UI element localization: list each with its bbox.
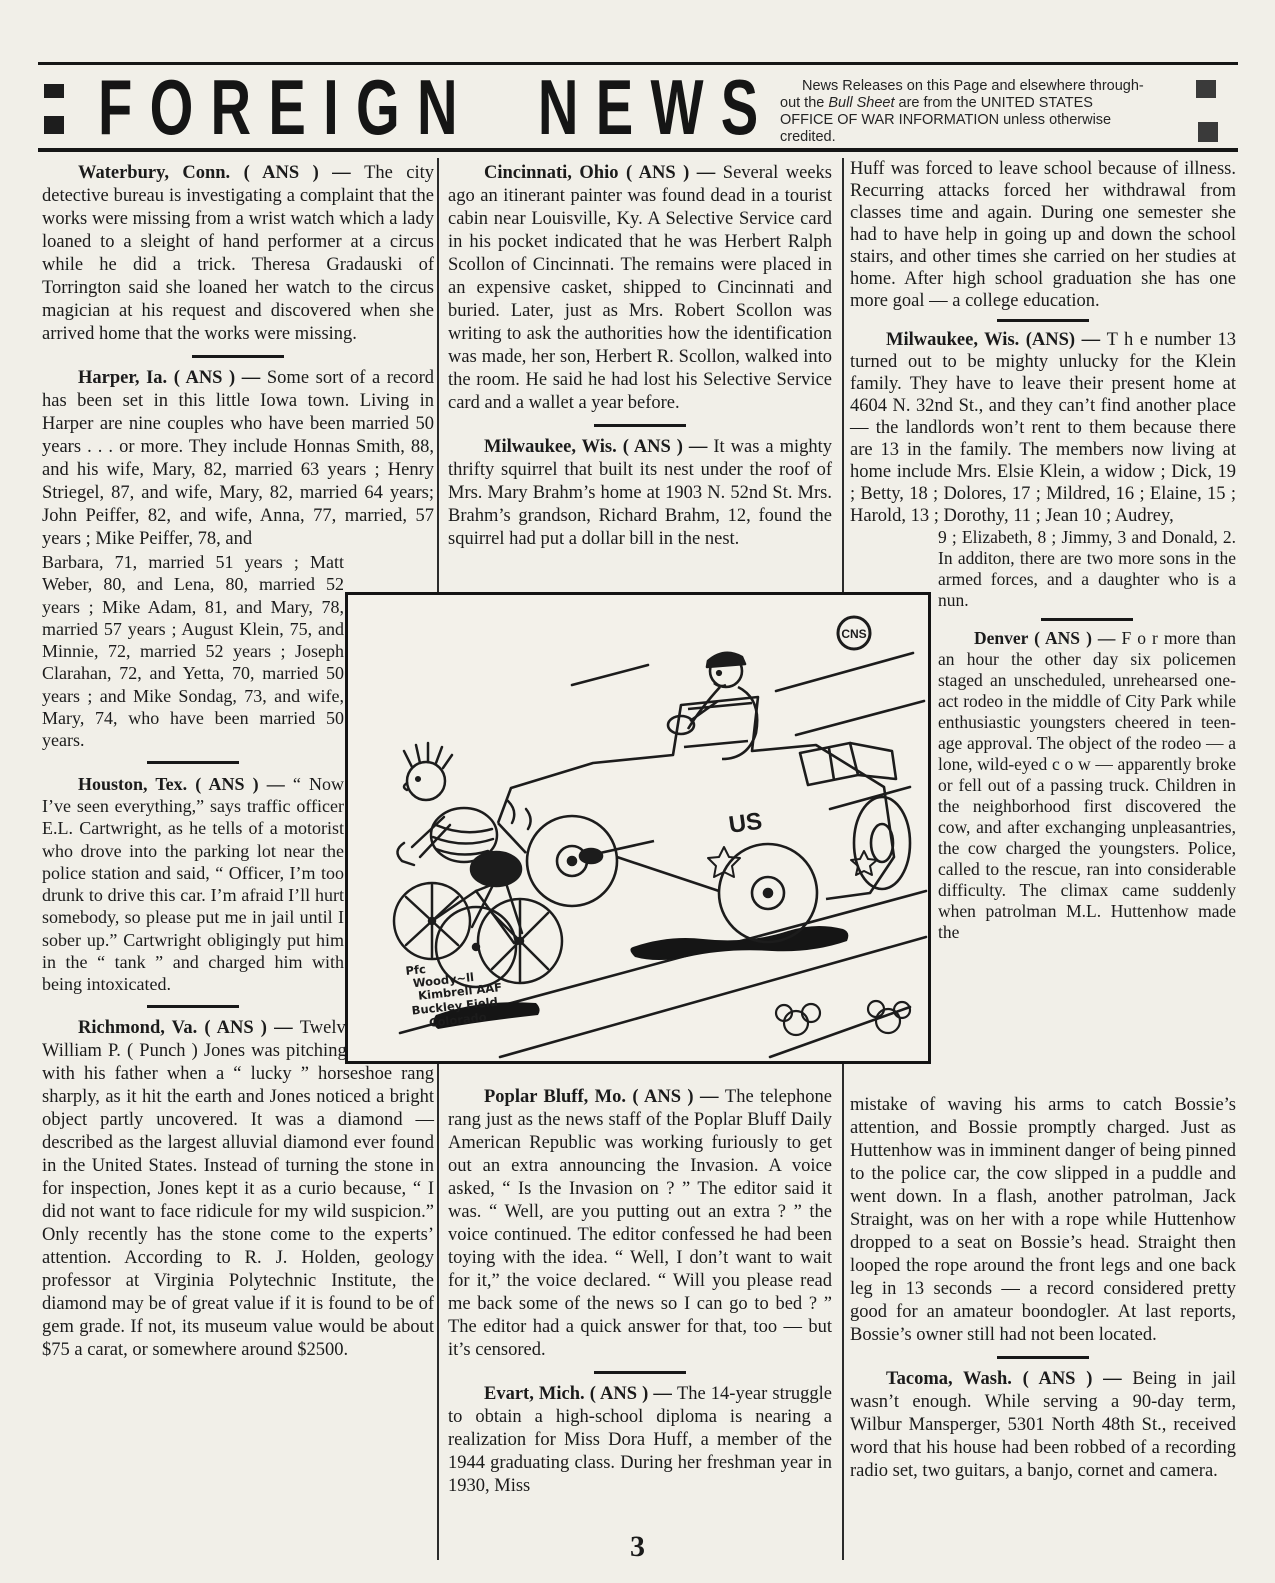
story-evart-continuation: Huff was forced to leave school because … bbox=[850, 158, 1236, 312]
story-heading: Milwaukee, Wis. (ANS) — bbox=[886, 330, 1107, 350]
registration-mark bbox=[44, 84, 64, 98]
story-heading: Denver ( ANS ) — bbox=[974, 628, 1121, 648]
story-body: The city detective bureau is investigati… bbox=[42, 163, 434, 344]
cartoon-jeep bbox=[498, 653, 910, 942]
registration-mark bbox=[44, 116, 64, 134]
column-1-narrow-section: Barbara, 71, married 51 years ; Matt Web… bbox=[42, 551, 344, 1008]
story-cincinnati: Cincinnati, Ohio ( ANS ) — Several weeks… bbox=[448, 162, 832, 415]
page-title: FOREIGN NEWS bbox=[98, 68, 776, 146]
story-milwaukee-klein: Milwaukee, Wis. (ANS) — T h e number 13 … bbox=[850, 329, 1236, 527]
story-body: T h e number 13 turned out to be mighty … bbox=[850, 330, 1236, 526]
story-heading: Tacoma, Wash. ( ANS ) — bbox=[886, 1369, 1132, 1389]
story-divider bbox=[594, 1371, 686, 1374]
column-3-narrow-section: 9 ; Elizabeth, 8 ; Jimmy, 3 and Donald, … bbox=[938, 527, 1236, 943]
registration-mark bbox=[1196, 80, 1216, 98]
column-2: Cincinnati, Ohio ( ANS ) — Several weeks… bbox=[448, 162, 832, 551]
masthead-credit-note: News Releases on this Page and elsewhere… bbox=[780, 78, 1148, 146]
story-heading: Houston, Tex. ( ANS ) — bbox=[78, 774, 293, 794]
story-divider bbox=[147, 761, 239, 764]
story-tacoma: Tacoma, Wash. ( ANS ) — Being in jail wa… bbox=[850, 1368, 1236, 1483]
skid-marks bbox=[630, 926, 848, 960]
story-heading: Evart, Mich. ( ANS ) — bbox=[484, 1384, 677, 1404]
page-number: 3 bbox=[630, 1530, 645, 1564]
svg-text:CNS: CNS bbox=[841, 627, 866, 641]
star-icon bbox=[708, 847, 740, 877]
story-houston: Houston, Tex. ( ANS ) — “ Now I’ve seen … bbox=[42, 773, 344, 996]
story-richmond: Richmond, Va. ( ANS ) — Twelve years ago… bbox=[42, 1017, 434, 1362]
story-body: “ Now I’ve seen everything,” says traffi… bbox=[42, 774, 344, 995]
story-body: Barbara, 71, married 51 years ; Matt Web… bbox=[42, 552, 344, 750]
story-body: mistake of waving his arms to catch Boss… bbox=[850, 1095, 1236, 1345]
story-heading: Richmond, Va. ( ANS ) — bbox=[78, 1018, 300, 1038]
newspaper-page: { "page": { "number": "3" }, "header": {… bbox=[0, 0, 1275, 1583]
story-body: Several weeks ago an itinerant painter w… bbox=[448, 163, 832, 413]
credit-note-publication: Bull Sheet bbox=[828, 95, 894, 111]
story-divider bbox=[1041, 618, 1133, 621]
story-denver: Denver ( ANS ) — F o r more than an hour… bbox=[938, 628, 1236, 943]
story-divider bbox=[997, 319, 1089, 322]
story-body: The telephone rang just as the news staf… bbox=[448, 1087, 832, 1360]
story-harper-continued: Barbara, 71, married 51 years ; Matt Web… bbox=[42, 551, 344, 752]
story-body: Huff was forced to leave school because … bbox=[850, 159, 1236, 311]
column-2-lower: Poplar Bluff, Mo. ( ANS ) — The telephon… bbox=[448, 1086, 832, 1498]
story-divider bbox=[997, 1356, 1089, 1359]
story-body: F o r more than an hour the other day si… bbox=[938, 628, 1236, 942]
story-divider bbox=[192, 355, 284, 358]
registration-mark bbox=[1198, 122, 1218, 142]
cns-monogram-icon: CNS bbox=[838, 617, 870, 649]
story-heading: Harper, Ia. ( ANS ) — bbox=[78, 368, 267, 388]
editorial-cartoon-frame: CNS bbox=[345, 592, 931, 1064]
story-body: Some sort of a record has been set in th… bbox=[42, 368, 434, 549]
story-divider bbox=[594, 424, 686, 427]
story-divider bbox=[147, 1005, 239, 1008]
jeep-us-marking: US bbox=[727, 808, 764, 839]
story-milwaukee-klein-continued: 9 ; Elizabeth, 8 ; Jimmy, 3 and Donald, … bbox=[938, 527, 1236, 611]
story-heading: Poplar Bluff, Mo. ( ANS ) — bbox=[484, 1087, 725, 1107]
story-heading: Waterbury, Conn. ( ANS ) — bbox=[78, 163, 364, 183]
story-heading: Cincinnati, Ohio ( ANS ) — bbox=[484, 163, 723, 183]
editorial-cartoon: CNS bbox=[348, 595, 928, 1061]
story-poplar-bluff: Poplar Bluff, Mo. ( ANS ) — The telephon… bbox=[448, 1086, 832, 1362]
story-milwaukee-squirrel: Milwaukee, Wis. ( ANS ) — It was a might… bbox=[448, 436, 832, 551]
story-heading: Milwaukee, Wis. ( ANS ) — bbox=[484, 437, 713, 457]
story-denver-continued: mistake of waving his arms to catch Boss… bbox=[850, 1094, 1236, 1347]
story-waterbury: Waterbury, Conn. ( ANS ) — The city dete… bbox=[42, 162, 434, 346]
story-body: Twelve years ago William P. ( Punch ) Jo… bbox=[42, 1018, 434, 1360]
story-harper: Harper, Ia. ( ANS ) — Some sort of a rec… bbox=[42, 367, 434, 551]
story-body: 9 ; Elizabeth, 8 ; Jimmy, 3 and Donald, … bbox=[938, 527, 1236, 610]
column-3-lower: mistake of waving his arms to catch Boss… bbox=[850, 1094, 1236, 1483]
story-evart: Evart, Mich. ( ANS ) — The 14-year strug… bbox=[448, 1383, 832, 1498]
